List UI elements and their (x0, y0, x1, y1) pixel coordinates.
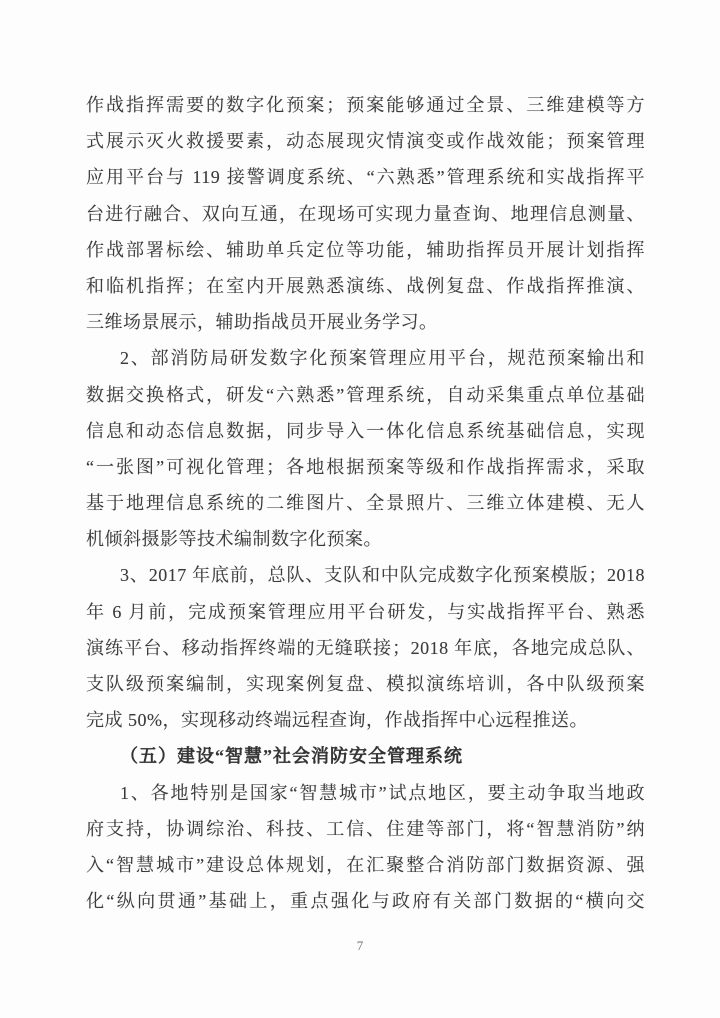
text-line: 完成 50%，实现移动终端远程查询，作战指挥中心远程推送。 (86, 702, 645, 738)
text-line: 三维场景展示，辅助指战员开展业务学习。 (86, 304, 645, 340)
paragraph: 3、2017 年底前，总队、支队和中队完成数字化预案模版；2018年 6 月前，… (86, 557, 645, 738)
text-line: 府支持，协调综治、科技、工信、住建等部门，将“智慧消防”纳 (86, 811, 645, 847)
text-line: 和临机指挥；在室内开展熟悉演练、战例复盘、作战指挥推演、 (86, 268, 645, 304)
text-line: 基于地理信息系统的二维图片、全景照片、三维立体建模、无人 (86, 485, 645, 521)
text-line: “一张图”可视化管理；各地根据预案等级和作战指挥需求，采取 (86, 449, 645, 485)
text-line: 入“智慧城市”建设总体规划，在汇聚整合消防部门数据资源、强 (86, 847, 645, 883)
text-line: 演练平台、移动指挥终端的无缝联接；2018 年底，各地完成总队、 (86, 630, 645, 666)
text-line: 作战部署标绘、辅助单兵定位等功能，辅助指挥员开展计划指挥 (86, 232, 645, 268)
paragraph: 作战指挥需要的数字化预案；预案能够通过全景、三维建模等方式展示灭火救援要素，动态… (86, 87, 645, 340)
paragraph: 2、部消防局研发数字化预案管理应用平台，规范预案输出和数据交换格式，研发“六熟悉… (86, 340, 645, 557)
text-line: 1、各地特别是国家“智慧城市”试点地区，要主动争取当地政 (86, 775, 645, 811)
document-page: 作战指挥需要的数字化预案；预案能够通过全景、三维建模等方式展示灭火救援要素，动态… (0, 0, 720, 1018)
text-line: 机倾斜摄影等技术编制数字化预案。 (86, 521, 645, 557)
text-line: 化“纵向贯通”基础上，重点强化与政府有关部门数据的“横向交 (86, 883, 645, 919)
text-line: 支队级预案编制，实现案例复盘、模拟演练培训，各中队级预案 (86, 666, 645, 702)
text-line: 式展示灭火救援要素，动态展现灾情演变或作战效能；预案管理 (86, 123, 645, 159)
text-line: 数据交换格式，研发“六熟悉”管理系统，自动采集重点单位基础 (86, 377, 645, 413)
text-line: 台进行融合、双向互通，在现场可实现力量查询、地理信息测量、 (86, 196, 645, 232)
text-line: 信息和动态信息数据，同步导入一体化信息系统基础信息，实现 (86, 413, 645, 449)
text-line: 应用平台与 119 接警调度系统、“六熟悉”管理系统和实战指挥平 (86, 159, 645, 195)
text-line: 3、2017 年底前，总队、支队和中队完成数字化预案模版；2018 (86, 557, 645, 593)
text-line: 年 6 月前，完成预案管理应用平台研发，与实战指挥平台、熟悉 (86, 594, 645, 630)
paragraph: 1、各地特别是国家“智慧城市”试点地区，要主动争取当地政府支持，协调综治、科技、… (86, 775, 645, 920)
text-line: 作战指挥需要的数字化预案；预案能够通过全景、三维建模等方 (86, 87, 645, 123)
text-line: 2、部消防局研发数字化预案管理应用平台，规范预案输出和 (86, 340, 645, 376)
heading-line: （五）建设“智慧”社会消防安全管理系统 (86, 738, 645, 774)
page-number: 7 (0, 938, 720, 954)
section-heading: （五）建设“智慧”社会消防安全管理系统 (86, 738, 645, 774)
document-body: 作战指挥需要的数字化预案；预案能够通过全景、三维建模等方式展示灭火救援要素，动态… (86, 87, 645, 919)
